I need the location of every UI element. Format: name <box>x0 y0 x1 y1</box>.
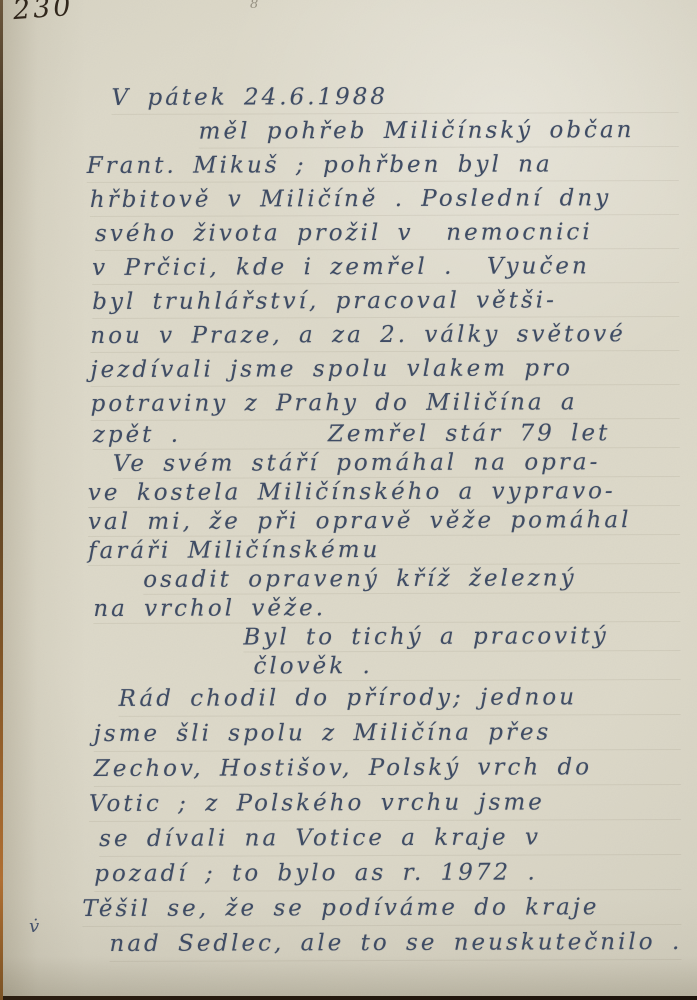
handwritten-line: Rád chodil do přírody; jednou <box>119 680 681 717</box>
handwritten-line: měl pohřeb Miličínský občan <box>199 113 679 149</box>
handwritten-line: Těšil se, že se podíváme do kraje <box>82 890 681 927</box>
handwritten-line: pozadí ; to bylo as r. 1972 . <box>94 855 681 892</box>
handwritten-line: Frant. Mikuš ; pohřben byl na <box>87 147 679 183</box>
handwritten-line: faráři Miličínskému <box>88 535 680 566</box>
handwritten-line: jezdívali jsme spolu vlakem pro <box>90 351 679 387</box>
chronicle-page: 230 8 V pátek 24.6.1988 měl pohřeb Milič… <box>3 0 697 996</box>
handwritten-line: svého života prožil v nemocnici <box>95 215 679 251</box>
handwritten-line: Votic ; z Polského vrchu jsme <box>89 785 681 822</box>
handwritten-line: Byl to tichý a pracovitý <box>243 622 680 653</box>
handwritten-line: osadit opravený kříž železný <box>143 564 680 595</box>
handwritten-line: člověk . <box>253 651 680 681</box>
handwritten-line: v Prčici, kde i zemřel . Vyučen <box>92 249 679 285</box>
handwritten-line: jsme šli spolu z Miličína přes <box>94 715 681 752</box>
handwritten-line: byl truhlářství, pracoval větši- <box>92 283 679 319</box>
handwritten-line: na vrchol věže. <box>93 593 680 624</box>
handwritten-line: nad Sedlec, ale to se neuskutečnilo . <box>109 925 681 962</box>
handwritten-line: ve kostela Miličínského a vypravo- <box>88 477 680 508</box>
handwritten-line: val mi, že při opravě věže pomáhal <box>88 506 680 537</box>
handwritten-line: Zechov, Hostišov, Polský vrch do <box>94 750 681 787</box>
handwritten-line: nou v Praze, a za 2. války světové <box>90 317 679 353</box>
entry-date-line: V pátek 24.6.1988 <box>111 79 678 115</box>
handwritten-line: zpět . Zemřel stár 79 let <box>93 419 680 450</box>
handwritten-line: se dívali na Votice a kraje v <box>99 820 681 857</box>
pencil-mark: 8 <box>250 0 262 12</box>
page-number: 230 <box>12 0 75 26</box>
handwritten-entry: V pátek 24.6.1988 měl pohřeb Miličínský … <box>86 79 681 962</box>
handwritten-line: hřbitově v Miličíně . Poslední dny <box>90 181 679 217</box>
chronicle-photo: 230 8 V pátek 24.6.1988 měl pohřeb Milič… <box>0 0 697 1000</box>
handwritten-line: Ve svém stáří pomáhal na opra- <box>113 448 680 479</box>
handwritten-line: potraviny z Prahy do Miličína a <box>91 385 680 421</box>
margin-check-mark: v̇ <box>29 916 39 937</box>
